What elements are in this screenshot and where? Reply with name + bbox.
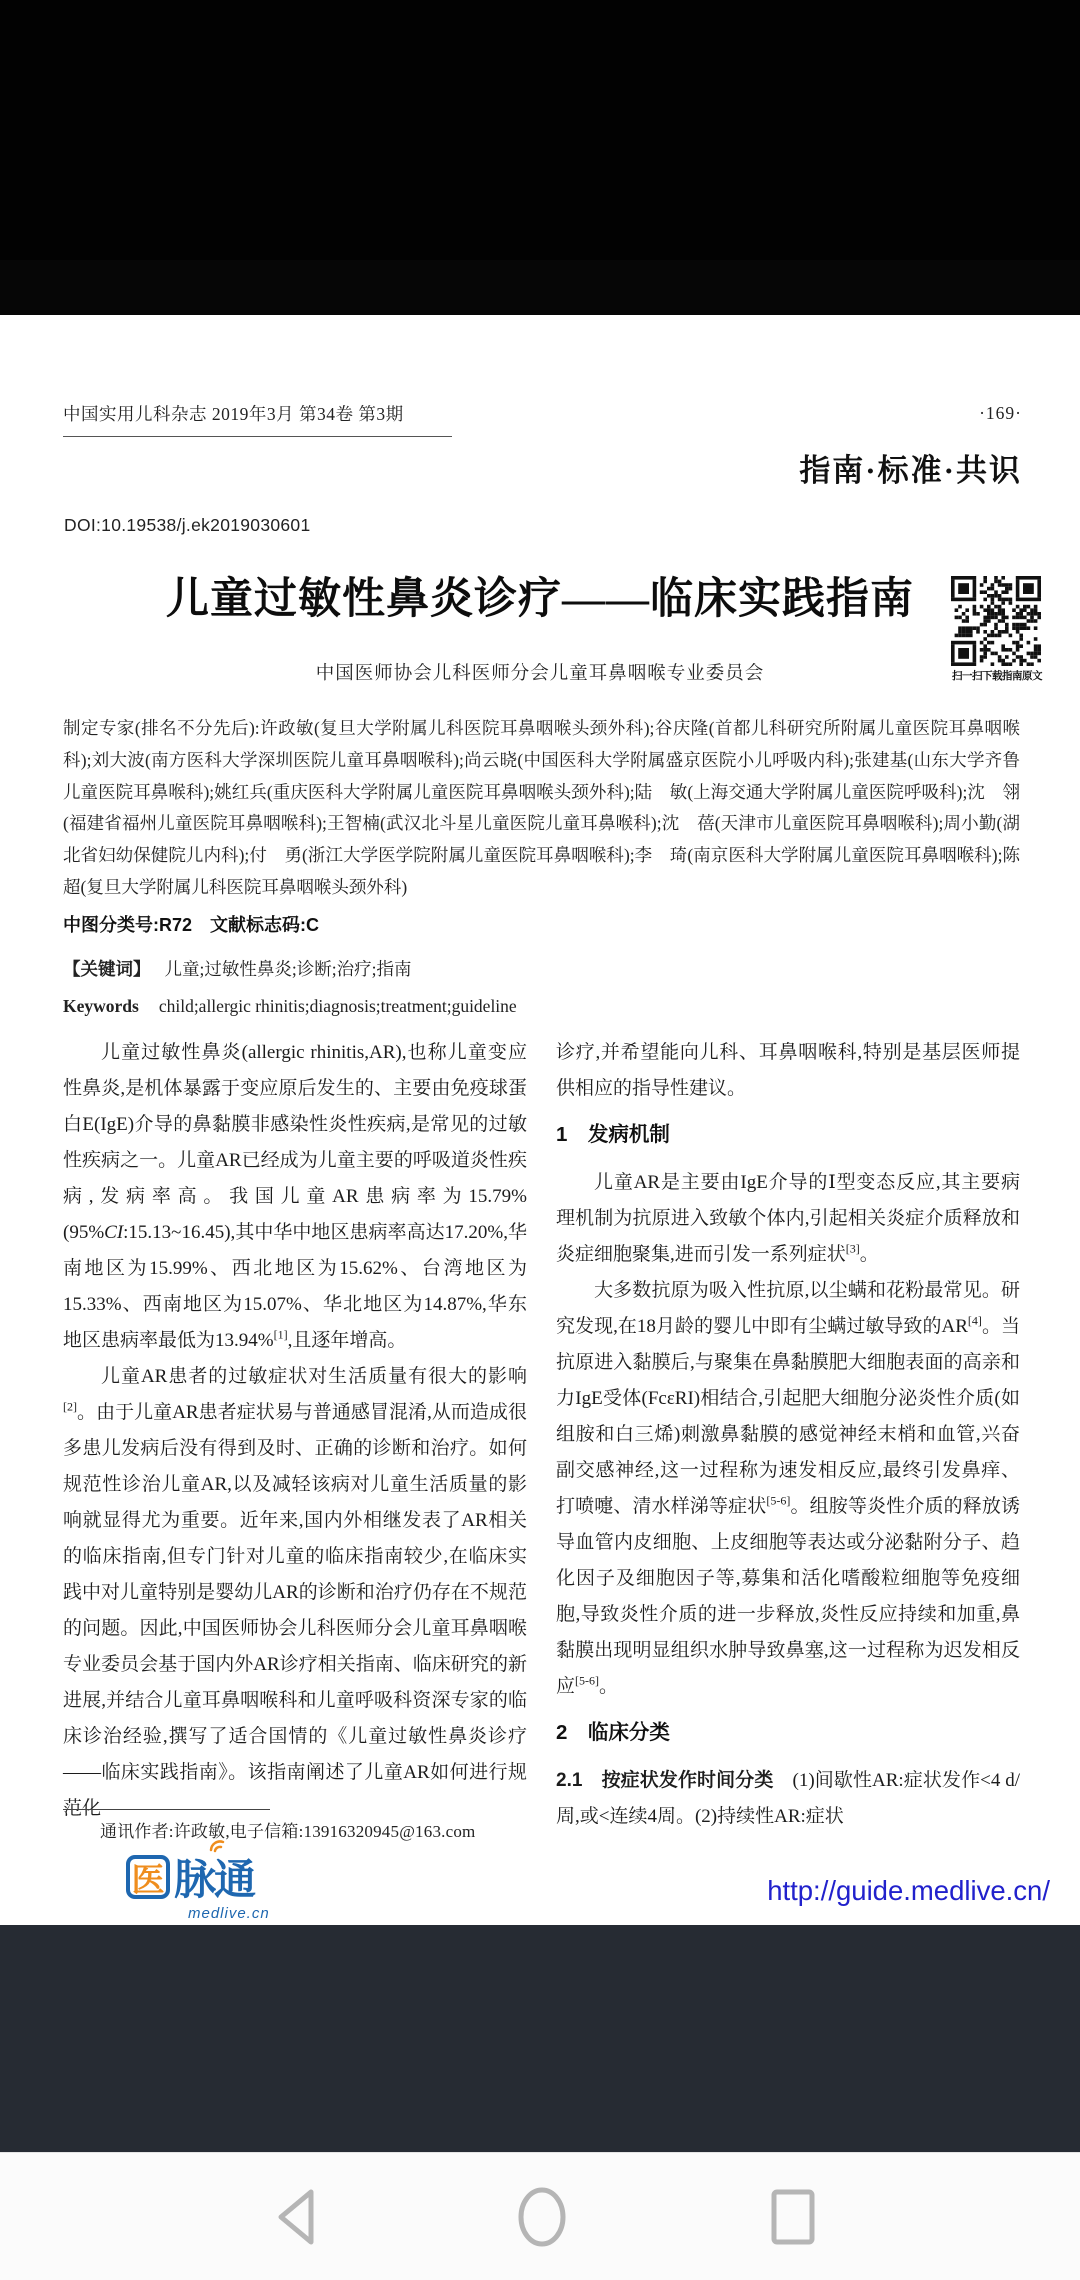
keywords-cn-text: 儿童;过敏性鼻炎;诊断;治疗;指南 — [165, 959, 412, 979]
paragraph-background: 儿童AR患者的过敏症状对生活质量有很大的影响[2]。由于儿童AR患者症状易与普通… — [63, 1359, 527, 1827]
body-columns: 儿童过敏性鼻炎(allergic rhinitis,AR),也称儿童变应性鼻炎,… — [63, 1035, 1020, 1835]
medlive-logo: 医 脉通 medlive.cn — [126, 1847, 326, 1922]
keywords-en-text: child;allergic rhinitis;diagnosis;treatm… — [159, 996, 517, 1016]
qr-code-icon — [951, 576, 1041, 666]
section-category-label: 指南·标准·共识 — [799, 445, 1022, 490]
home-icon — [516, 2186, 568, 2248]
home-button[interactable] — [482, 2153, 602, 2280]
medlive-logo-domain: medlive.cn — [188, 1905, 326, 1922]
keywords-en-line: Keywordschild;allergic rhinitis;diagnosi… — [63, 996, 1020, 1017]
body-left-column: 儿童过敏性鼻炎(allergic rhinitis,AR),也称儿童变应性鼻炎,… — [63, 1035, 527, 1835]
journal-title: 中国实用儿科杂志 2019年3月 第34卷 第3期 — [63, 401, 452, 437]
body-right-column: 诊疗,并希望能向儿科、耳鼻咽喉科,特别是基层医师提供相应的指导性建议。 1 发病… — [556, 1035, 1020, 1835]
wifi-arc-icon — [208, 1837, 228, 1853]
article-title: 儿童过敏性鼻炎诊疗——临床实践指南 — [0, 565, 1080, 626]
section-heading-2: 2 临床分类 — [556, 1720, 1020, 1746]
bottom-dark-gap — [0, 1925, 1080, 2152]
pdf-page[interactable]: 中国实用儿科杂志 2019年3月 第34卷 第3期 ·169· 指南·标准·共识… — [0, 315, 1080, 1925]
paragraph-classification: 2.1 按症状发作时间分类 (1)间歇性AR:症状发作<4 d/周,或<连续4周… — [556, 1763, 1020, 1835]
section-heading-1: 1 发病机制 — [556, 1122, 1020, 1148]
recents-icon — [768, 2187, 818, 2247]
phone-screen: 中国实用儿科杂志 2019年3月 第34卷 第3期 ·169· 指南·标准·共识… — [0, 0, 1080, 2280]
letterbox-strip — [0, 260, 1080, 315]
paragraph-continuation: 诊疗,并希望能向儿科、耳鼻咽喉科,特别是基层医师提供相应的指导性建议。 — [556, 1035, 1020, 1107]
keywords-en-label: Keywords — [63, 996, 139, 1016]
medlive-logo-box: 医 — [126, 1855, 170, 1899]
recents-button[interactable] — [733, 2153, 853, 2280]
doi-line: DOI:10.19538/j.ek2019030601 — [64, 515, 311, 536]
paragraph-intro: 儿童过敏性鼻炎(allergic rhinitis,AR),也称儿童变应性鼻炎,… — [63, 1035, 527, 1359]
paragraph-mechanism-2: 大多数抗原为吸入性抗原,以尘螨和花粉最常见。研究发现,在18月龄的婴儿中即有尘螨… — [556, 1273, 1020, 1705]
corresponding-author-note: 通讯作者:许政敏,电子信箱:13916320945@163.com — [63, 1817, 533, 1842]
classification-line: 中图分类号:R72 文献标志码:C — [63, 911, 319, 937]
journal-header: 中国实用儿科杂志 2019年3月 第34卷 第3期 ·169· — [63, 401, 1022, 437]
top-letterbox — [0, 0, 1080, 315]
footnote-block: 通讯作者:许政敏,电子信箱:13916320945@163.com — [63, 1809, 533, 1842]
footnote-divider — [63, 1809, 270, 1810]
authors-paragraph: 制定专家(排名不分先后):许政敏(复旦大学附属儿科医院耳鼻咽喉头颈外科);谷庆隆… — [63, 713, 1020, 904]
paragraph-mechanism-1: 儿童AR是主要由IgE介导的Ⅰ型变态反应,其主要病理机制为抗原进入致敏个体内,引… — [556, 1165, 1020, 1273]
keywords-cn-line: 【关键词】儿童;过敏性鼻炎;诊断;治疗;指南 — [63, 956, 1020, 981]
page-number: ·169· — [979, 401, 1022, 424]
guide-medlive-link[interactable]: http://guide.medlive.cn/ — [767, 1875, 1050, 1907]
back-icon — [272, 2187, 318, 2247]
committee-name: 中国医师协会儿科医师分会儿童耳鼻咽喉专业委员会 — [0, 659, 1080, 685]
medlive-logo-text: 脉通 — [174, 1847, 254, 1907]
android-nav-bar — [0, 2152, 1080, 2280]
back-button[interactable] — [235, 2153, 355, 2280]
keywords-cn-label: 【关键词】 — [63, 959, 151, 979]
